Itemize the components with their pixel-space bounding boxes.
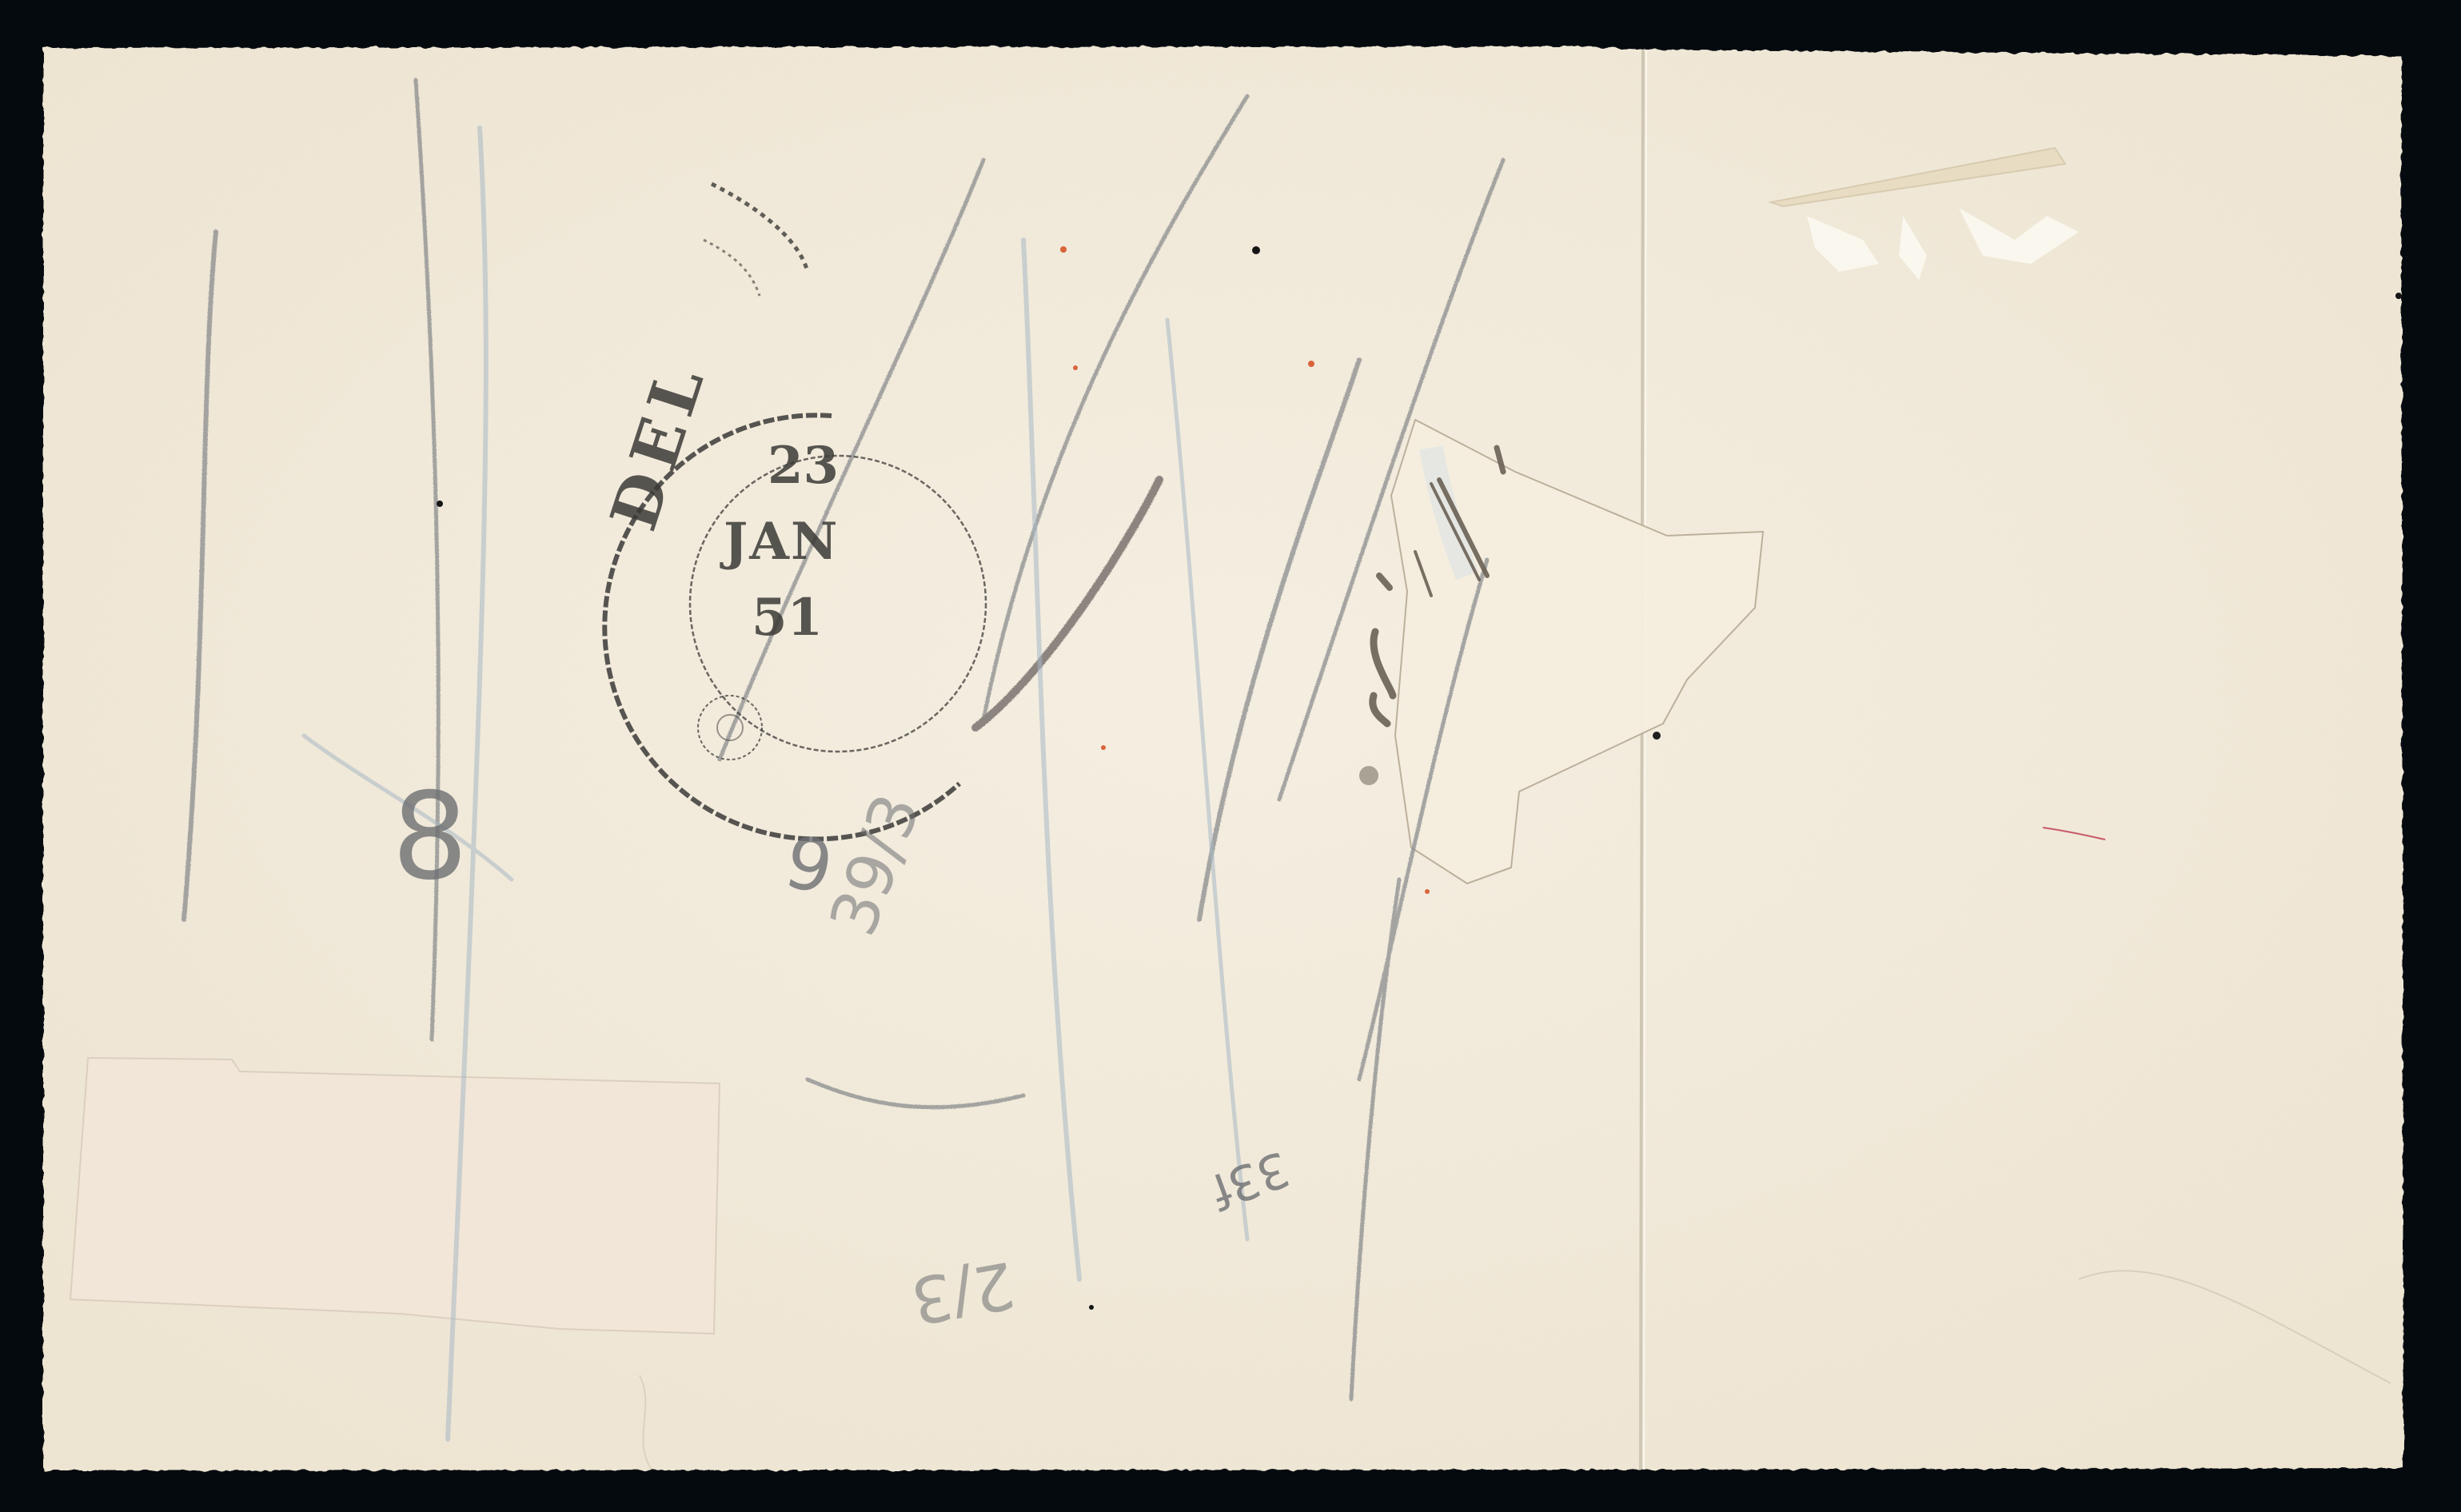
ink-dot — [1653, 732, 1661, 740]
pasted-label — [70, 1058, 720, 1334]
cover-photo — [0, 0, 2461, 1512]
